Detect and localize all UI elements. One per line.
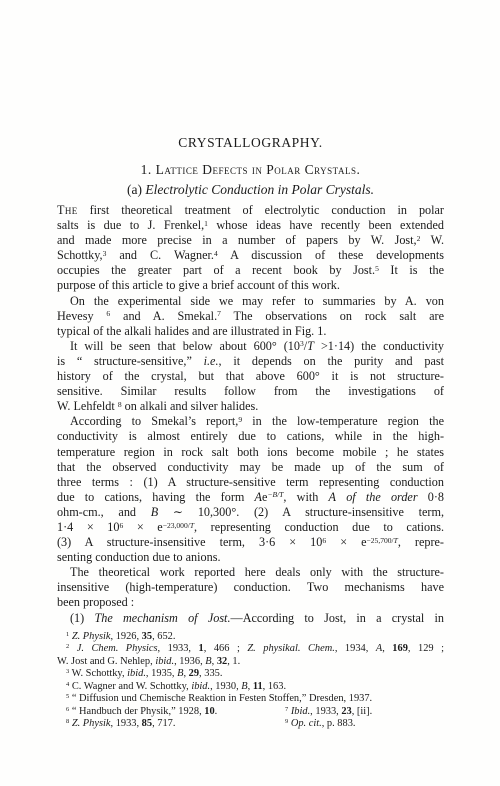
text-segment: senting conduction due to anions. [57,550,221,564]
text-segment: been proposed : [57,595,134,609]
text-segment: 6 [66,706,69,713]
body-line: that the observed conductivity may be ma… [57,460,444,475]
footnote-second-column: 7 Ibid., 1933, 23, [ii]. [285,706,372,719]
text-segment: that the observed conductivity may be ma… [57,460,444,474]
text-segment: three terms : (1) A structure-sensitive … [57,475,444,489]
text-segment: ibid. [191,681,210,692]
text-segment: , 1933, [158,643,199,654]
subsection-label: (a) [127,182,145,197]
text-segment: The [57,203,78,217]
text-segment: due to cations, having the form [57,490,255,504]
body-line: (1) The mechanism of Jost.—According to … [57,611,444,626]
text-segment: According to Smekal’s report, [70,414,238,428]
footnote-line: 3 W. Schottky, ibid., 1935, B, 29, 335. [57,668,444,681]
text-segment: 0·8 [418,490,444,504]
text-segment: , with [283,490,328,504]
text-segment: , 1930, [210,681,241,692]
text-segment: ibid. [155,656,174,667]
text-segment: 9 [238,415,242,424]
text-segment: purpose of this article to give a brief … [57,278,340,292]
text-segment: 11 [253,681,263,692]
text-segment: i.e. [204,354,219,368]
text-segment: Z. physikal. Chem. [247,643,334,654]
text-segment: 4 [214,249,218,258]
text-segment [336,490,346,504]
text-segment: , 1926, [111,631,142,642]
text-segment: C. Wagner and W. Schottky, [69,681,191,692]
footnote-line: 8 Z. Physik, 1933, 85, 717.9 Op. cit., p… [57,718,444,731]
text-segment: A discussion of these developments [218,248,444,262]
text-segment: is “ structure-sensitive,” [57,354,204,368]
body-line: The first theoretical treatment of elect… [57,203,444,218]
text-segment: insensitive (high-temperature) conductio… [57,580,444,594]
text-segment: , [ii]. [352,706,373,717]
body-line: and made more precise in a number of pap… [57,233,444,248]
text-segment: (3) A structure-insensitive term, 3·6 × … [57,535,322,549]
footnote-line: 2 J. Chem. Physics, 1933, 1, 466 ; Z. ph… [57,643,444,656]
text-segment: >1·14) the conductivity [314,339,444,353]
text-segment: , 163. [263,681,286,692]
text-segment: On the experimental side we may refer to… [70,294,444,308]
body-text: The first theoretical treatment of elect… [57,203,444,626]
text-segment: , 1. [227,656,240,667]
text-segment: , 129 ; [408,643,444,654]
body-line: sensitive. Similar results follow from t… [57,384,444,399]
text-segment: 1·4 × 10 [57,520,119,534]
text-segment: 7 [285,706,288,713]
text-segment: 10 [204,706,214,717]
text-segment: 3 [103,249,107,258]
body-line: three terms : (1) A structure-sensitive … [57,475,444,490]
text-segment: 5 [375,264,379,273]
text-segment: −B/T [267,490,283,499]
body-line: According to Smekal’s report,9 in the lo… [57,414,444,429]
text-segment: The mechanism of Jost. [94,611,230,625]
text-segment: 6 [119,521,123,530]
text-segment: It is the [379,263,444,277]
text-segment: —According to Jost, in a crystal in [231,611,444,625]
text-segment: 2 [66,643,69,650]
text-segment: Z. Physik [72,718,111,729]
footnotes: 1 Z. Physik, 1926, 35, 652.2 J. Chem. Ph… [57,631,444,731]
text-segment: 1 [204,219,208,228]
text-segment: 85 [142,718,152,729]
body-line: due to cations, having the form Ae−B/T, … [57,490,444,505]
body-line: history of the crystal, but that above 6… [57,369,444,384]
text-segment: 2 [417,234,421,243]
text-segment: ∼ 10,300°. (2) A structure-insensitive t… [158,505,444,519]
body-line: It will be seen that below about 600° (1… [57,339,444,354]
text-segment: ibid. [127,668,146,679]
text-segment: 1 [66,631,69,638]
text-segment: and made more precise in a number of pap… [57,233,417,247]
body-line: ohm-cm., and B ∼ 10,300°. (2) A structur… [57,505,444,520]
text-segment: 32 [217,656,227,667]
text-segment: × e [123,520,162,534]
page-content: CRYSTALLOGRAPHY. 1. Lattice Defects in P… [57,0,444,731]
body-line: (3) A structure-insensitive term, 3·6 × … [57,535,444,550]
text-segment: A [255,490,262,504]
text-segment: salts is due to J. Frenkel, [57,218,204,232]
text-segment: , p. 883. [322,718,356,729]
text-segment: Ibid. [291,706,310,717]
text-segment: Z. Physik [72,631,111,642]
text-segment: on alkali and silver halides. [122,399,259,413]
body-line: insensitive (high-temperature) conductio… [57,580,444,595]
text-segment: 35 [142,631,152,642]
text-segment: , 652. [152,631,175,642]
text-segment: , it depends on the purity and past [219,354,444,368]
body-line: typical of the alkali halides and are il… [57,324,444,339]
text-segment: 6 [106,309,110,318]
body-line: senting conduction due to anions. [57,550,444,565]
body-line: W. Lehfeldt 8 on alkali and silver halid… [57,399,444,414]
text-segment: “ Handbuch der Physik,” 1928, [69,706,204,717]
text-segment: 6 [322,536,326,545]
body-line: Schottky,3 and C. Wagner.4 A discussion … [57,248,444,263]
text-segment: × e [326,535,366,549]
text-segment: 4 [66,681,69,688]
text-segment: (1) [70,611,94,625]
text-segment: The observations on rock salt are [221,309,444,323]
text-segment: 9 [285,718,288,725]
footnote-line: W. Jost and G. Nehlep, ibid., 1936, B, 3… [57,656,444,669]
text-segment: Schottky, [57,248,103,262]
text-segment: first theoretical treatment of electroly… [78,203,444,217]
text-segment: conductivity is almost entirely due to c… [57,429,444,443]
text-segment: 169 [392,643,408,654]
text-segment: T [190,521,194,530]
subsection-title: Electrolytic Conduction in Polar Crystal… [145,182,374,197]
text-segment: T [307,339,314,353]
document-page: CRYSTALLOGRAPHY. 1. Lattice Defects in P… [0,0,500,786]
body-line: been proposed : [57,595,444,610]
subsection-heading: (a) Electrolytic Conduction in Polar Cry… [57,182,444,197]
body-line: temperature region in rock salt both ion… [57,445,444,460]
text-segment: Op. cit. [291,718,322,729]
text-segment: and C. Wagner. [106,248,214,262]
text-segment: , 1933, [111,718,142,729]
text-segment [69,643,77,654]
text-segment: occupies the greater part of a recent bo… [57,263,375,277]
text-segment: , 466 ; [204,643,248,654]
text-segment: It will be seen that below about 600° (1… [70,339,300,353]
text-segment: history of the crystal, but that above 6… [57,369,444,383]
text-segment: W. Schottky, [69,668,127,679]
text-segment: 29 [189,668,199,679]
footnote-line: 4 C. Wagner and W. Schottky, ibid., 1930… [57,681,444,694]
footnote-line: 6 “ Handbuch der Physik,” 1928, 10.7 Ibi… [57,706,444,719]
text-segment: J. Chem. Physics [77,643,158,654]
text-segment: of the order [346,490,417,504]
text-segment: sensitive. Similar results follow from t… [57,384,444,398]
body-line: is “ structure-sensitive,” i.e., it depe… [57,354,444,369]
body-line: On the experimental side we may refer to… [57,294,444,309]
text-segment: W. Jost and G. Nehlep, [57,656,155,667]
text-segment: The theoretical work reported here deals… [70,565,444,579]
text-segment: , representing conduction due to cations… [194,520,444,534]
text-segment: typical of the alkali halides and are il… [57,324,326,338]
text-segment: 23 [341,706,351,717]
page-title: CRYSTALLOGRAPHY. [57,135,444,150]
footnote-second-column: 9 Op. cit., p. 883. [285,718,356,731]
text-segment: 8 [118,400,122,409]
body-line: conductivity is almost entirely due to c… [57,429,444,444]
body-line: 1·4 × 106 × e−23,000/T, representing con… [57,520,444,535]
text-segment: 3 [66,668,69,675]
text-segment: , 717. [152,718,175,729]
body-line: occupies the greater part of a recent bo… [57,263,444,278]
body-line: purpose of this article to give a brief … [57,278,444,293]
footnote-line: 5 “ Diffusion und Chemische Reaktion in … [57,693,444,706]
text-segment: A [329,490,336,504]
body-line: The theoretical work reported here deals… [57,565,444,580]
text-segment: , [382,643,392,654]
text-segment: −25,700/ [367,536,394,545]
section-heading: 1. Lattice Defects in Polar Crystals. [57,162,444,177]
text-segment: , 1936, [174,656,205,667]
text-segment: “ Diffusion und Chemische Reaktion in Fe… [69,693,372,704]
text-segment: whose ideas have recently been extended [208,218,444,232]
text-segment: 7 [217,309,221,318]
text-segment: , 1935, [146,668,177,679]
body-line: Hevesy 6 and A. Smekal.7 The observation… [57,309,444,324]
text-segment: ohm-cm., and [57,505,151,519]
text-segment: , 1934, [335,643,376,654]
text-segment: Hevesy [57,309,106,323]
text-segment: W. Lehfeldt [57,399,118,413]
text-segment: , 1933, [310,706,341,717]
footnote-line: 1 Z. Physik, 1926, 35, 652. [57,631,444,644]
text-segment: 8 [66,718,69,725]
text-segment: W. [420,233,444,247]
text-segment: −23,000/ [163,521,190,530]
body-line: salts is due to J. Frenkel,1 whose ideas… [57,218,444,233]
text-segment: in the low-temperature region the [242,414,444,428]
text-segment: , 335. [199,668,222,679]
text-segment: 3 [300,339,304,348]
text-segment: 5 [66,693,69,700]
text-segment: and A. Smekal. [110,309,217,323]
text-segment: temperature region in rock salt both ion… [57,445,444,459]
text-segment: , repre- [398,535,444,549]
text-segment: . [215,706,218,717]
text-segment: T [394,536,398,545]
